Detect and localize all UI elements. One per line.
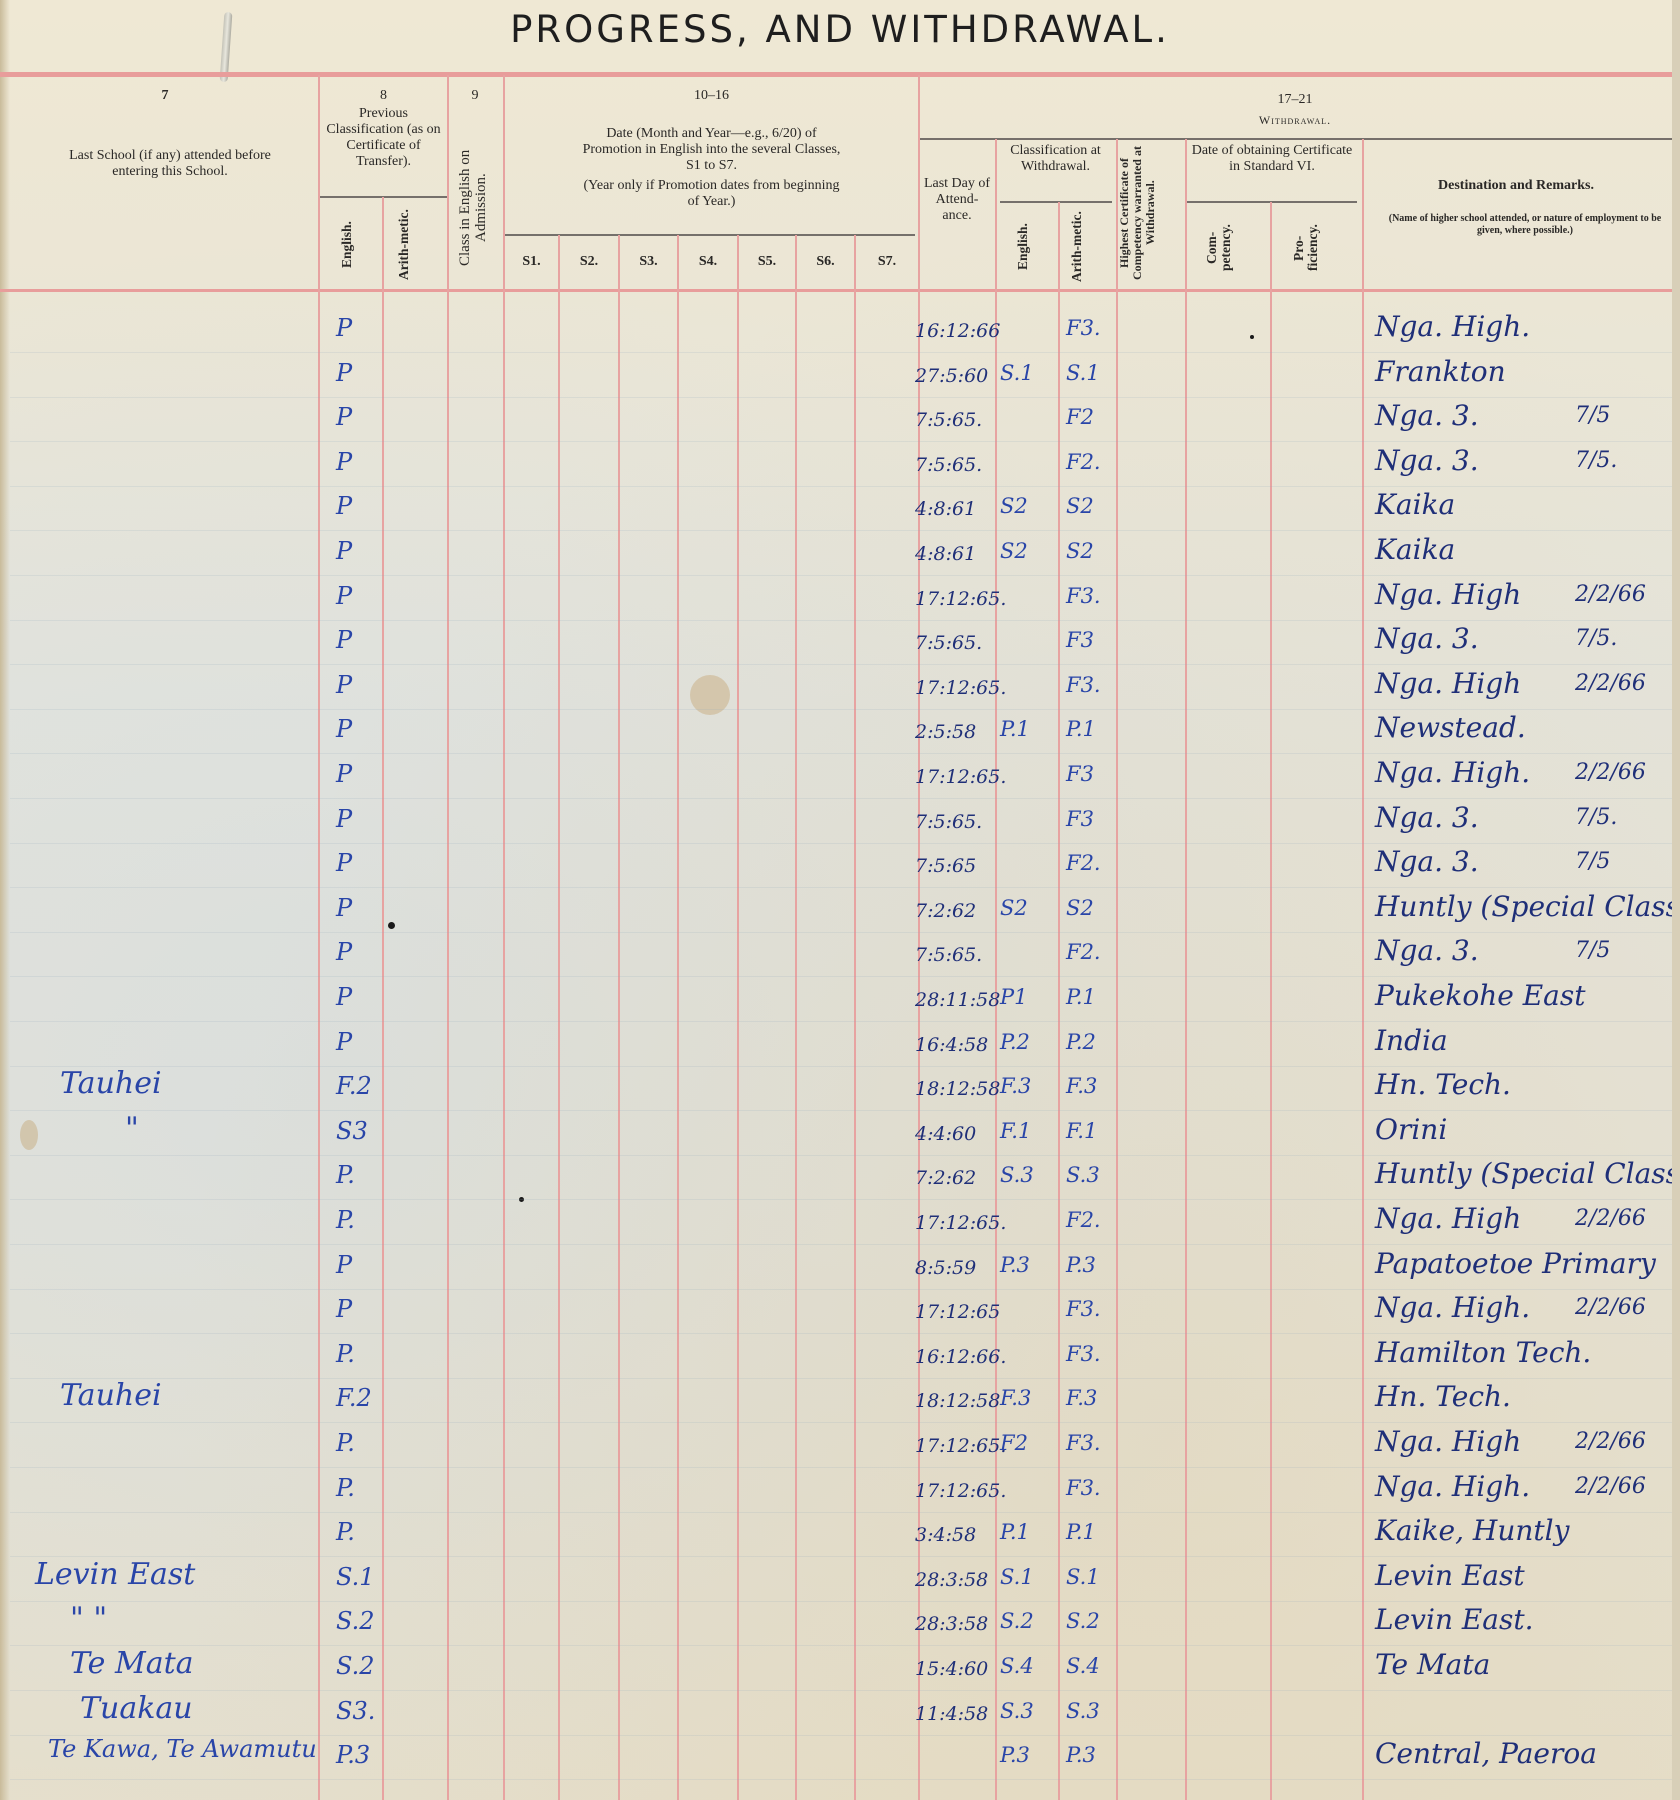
wd-arith-label: Arith-metic. xyxy=(1070,210,1104,284)
prev-english-cell: P xyxy=(336,983,352,1011)
wd-arith-cell: F3. xyxy=(1066,673,1101,697)
wd-english-cell: P.3 xyxy=(1000,1253,1030,1277)
row-guide xyxy=(10,1378,1672,1379)
last-day-cell: 18:12:58 xyxy=(915,1078,1005,1100)
row-guide xyxy=(10,798,1672,799)
row-guide xyxy=(10,1779,1672,1780)
wd-arith-cell: P.1 xyxy=(1066,717,1096,741)
destination-date-note: 2/2/66 xyxy=(1575,582,1646,607)
wd-arith-cell: F3. xyxy=(1066,584,1101,608)
col8-arith-label: Arith-metic. xyxy=(397,206,431,284)
col10-16-number: 10–16 xyxy=(505,88,918,104)
destination-date-note: 7/5. xyxy=(1575,626,1617,651)
row-guide xyxy=(10,352,1672,353)
prev-english-cell: P xyxy=(336,938,352,966)
prev-english-cell: P. xyxy=(336,1206,355,1234)
row-guide xyxy=(10,441,1672,442)
row-guide xyxy=(10,1556,1672,1557)
prev-english-cell: P xyxy=(336,671,352,699)
wd-arith-cell: S.3 xyxy=(1066,1699,1100,1723)
last-day-cell: 7:5:65. xyxy=(915,811,1005,833)
wd-arith-cell: F2 xyxy=(1066,405,1094,429)
wd-arith-cell: P.1 xyxy=(1066,985,1096,1009)
prev-english-cell: P xyxy=(336,849,352,877)
destination-cell: India xyxy=(1375,1024,1448,1057)
wd-arith-cell: F.1 xyxy=(1066,1119,1097,1143)
destination-cell: Nga. High xyxy=(1375,578,1521,611)
col-rule xyxy=(737,235,739,1800)
destination-cell: Nga. High xyxy=(1375,1202,1521,1235)
destination-cell: Huntly (Special Class) xyxy=(1375,1157,1680,1190)
prev-english-cell: S3. xyxy=(336,1697,375,1725)
col-rule xyxy=(1116,139,1118,1800)
destination-note: (Name of higher school attended, or natu… xyxy=(1385,213,1665,237)
wd-english-cell: S.1 xyxy=(1000,1565,1034,1589)
last-day-cell: 17:12:65. xyxy=(915,677,1005,699)
wd-arith-cell: F2. xyxy=(1066,940,1101,964)
destination-date-note: 2/2/66 xyxy=(1575,1295,1646,1320)
row-guide xyxy=(10,1645,1672,1646)
wd-arith-cell: F3 xyxy=(1066,628,1094,652)
row-guide xyxy=(10,1199,1672,1200)
page-right-edge xyxy=(1672,0,1680,1800)
wd-arith-cell: F3. xyxy=(1066,1476,1101,1500)
col-rule xyxy=(995,139,997,1800)
last-day-cell: 17:12:65. xyxy=(915,766,1005,788)
row-guide xyxy=(10,932,1672,933)
wd-english-cell: S2 xyxy=(1000,494,1028,518)
last-day-cell: 3:4:58 xyxy=(915,1524,1005,1546)
wd-arith-cell: F3. xyxy=(1066,1297,1101,1321)
register-page: PROGRESS, AND WITHDRAWAL. 7 Last School … xyxy=(0,0,1672,1800)
prev-english-cell: S3 xyxy=(336,1117,368,1145)
row-guide xyxy=(10,1289,1672,1290)
prev-english-cell: F.2 xyxy=(336,1072,372,1100)
destination-date-note: 2/2/66 xyxy=(1575,760,1646,785)
last-day-cell: 28:3:58 xyxy=(915,1613,1005,1635)
destination-date-note: 7/5. xyxy=(1575,448,1617,473)
row-guide xyxy=(10,1110,1672,1111)
col7-number: 7 xyxy=(150,88,180,104)
prev-english-cell: P xyxy=(336,492,352,520)
wd-arith-cell: F2. xyxy=(1066,851,1101,875)
prev-english-cell: P. xyxy=(336,1161,355,1189)
destination-cell: Nga. 3. xyxy=(1375,622,1479,655)
row-guide xyxy=(10,1021,1672,1022)
class-s4-label: S4. xyxy=(679,254,737,270)
destination-label: Destination and Remarks. xyxy=(1366,178,1666,194)
wd-english-cell: F2 xyxy=(1000,1431,1028,1455)
promotion-label-line4: (Year only if Promotion dates from begin… xyxy=(505,178,918,194)
row-guide xyxy=(10,1512,1672,1513)
col-rule xyxy=(503,75,505,1800)
wd-arith-cell: P.3 xyxy=(1066,1743,1096,1767)
wd-arith-cell: P.3 xyxy=(1066,1253,1096,1277)
last-day-cell: 27:5:60 xyxy=(915,365,1005,387)
wd-arith-cell: S.2 xyxy=(1066,1609,1100,1633)
prev-english-cell: P xyxy=(336,403,352,431)
last-school-cell: Te Mata xyxy=(70,1646,194,1681)
destination-date-note: 2/2/66 xyxy=(1575,671,1646,696)
col17-21-number: 17–21 xyxy=(1230,92,1360,108)
last-day-cell: 17:12:65. xyxy=(915,1435,1005,1457)
destination-date-note: 2/2/66 xyxy=(1575,1474,1646,1499)
last-school-cell: Tuakau xyxy=(80,1691,193,1726)
prev-english-cell: P. xyxy=(336,1429,355,1457)
destination-cell: Te Mata xyxy=(1375,1648,1490,1681)
wd-arith-cell: P.1 xyxy=(1066,1520,1096,1544)
wd-arith-cell: S2 xyxy=(1066,896,1094,920)
col8-english-label: English. xyxy=(340,206,362,284)
col-rule xyxy=(558,235,560,1800)
last-school-cell: " xyxy=(125,1111,139,1146)
page-left-edge xyxy=(0,0,10,1800)
date-cert-label: Date of obtaining Certificate in Standar… xyxy=(1187,143,1357,175)
destination-cell: Nga. 3. xyxy=(1375,444,1479,477)
col-rule xyxy=(318,75,320,1800)
wd-arith-cell: F2. xyxy=(1066,1208,1101,1232)
prev-english-cell: P xyxy=(336,448,352,476)
certificate-subheader-rule xyxy=(1187,201,1357,203)
class-s7-label: S7. xyxy=(856,254,918,270)
wd-english-cell: F.1 xyxy=(1000,1119,1031,1143)
last-day-cell: 7:5:65. xyxy=(915,454,1005,476)
prev-english-cell: P. xyxy=(336,1474,355,1502)
col-rule xyxy=(854,235,856,1800)
last-day-cell: 7:2:62 xyxy=(915,1167,1005,1189)
last-day-cell: 16:12:66. xyxy=(915,1346,1005,1368)
last-day-cell: 17:12:65. xyxy=(915,588,1005,610)
last-day-cell: 7:5:65. xyxy=(915,944,1005,966)
wd-arith-cell: F.3 xyxy=(1066,1074,1097,1098)
prev-english-cell: P xyxy=(336,359,352,387)
last-day-cell: 18:12:58 xyxy=(915,1390,1005,1412)
destination-cell: Frankton xyxy=(1375,355,1506,388)
last-day-cell: 4:8:61 xyxy=(915,498,1005,520)
col-rule xyxy=(1362,139,1364,1800)
wd-arith-cell: F3 xyxy=(1066,807,1094,831)
page-title: PROGRESS, AND WITHDRAWAL. xyxy=(360,8,1320,51)
wd-arith-cell: F3. xyxy=(1066,316,1101,340)
last-day-cell: 11:4:58 xyxy=(915,1703,1005,1725)
class-s5-label: S5. xyxy=(739,254,795,270)
last-day-cell: 28:3:58 xyxy=(915,1569,1005,1591)
destination-cell: Newstead. xyxy=(1375,711,1526,744)
wd-english-label: English. xyxy=(1016,210,1038,284)
row-guide xyxy=(10,620,1672,621)
prev-english-cell: P xyxy=(336,1251,352,1279)
last-day-cell: 4:4:60 xyxy=(915,1123,1005,1145)
prev-english-cell: P xyxy=(336,314,352,342)
wd-arith-cell: S.1 xyxy=(1066,1565,1100,1589)
prev-english-cell: P xyxy=(336,582,352,610)
destination-cell: Central, Paeroa xyxy=(1375,1737,1597,1770)
wd-english-cell: P.2 xyxy=(1000,1030,1030,1054)
destination-cell: Hn. Tech. xyxy=(1375,1068,1511,1101)
wd-arith-cell: F3 xyxy=(1066,762,1094,786)
row-guide xyxy=(10,486,1672,487)
last-school-cell: " " xyxy=(70,1601,107,1636)
prev-english-cell: P xyxy=(336,894,352,922)
wd-english-cell: S.2 xyxy=(1000,1609,1034,1633)
header-top-rule xyxy=(0,72,1672,77)
row-guide xyxy=(10,1601,1672,1602)
destination-cell: Nga. High. xyxy=(1375,310,1530,343)
wd-arith-cell: F3. xyxy=(1066,1431,1101,1455)
promotion-label-line2: Promotion in English into the several Cl… xyxy=(505,142,918,158)
last-day-cell: 15:4:60 xyxy=(915,1658,1005,1680)
col9-number: 9 xyxy=(460,88,490,104)
destination-cell: Papatoetoe Primary xyxy=(1375,1247,1656,1280)
row-guide xyxy=(10,1690,1672,1691)
class-s6-label: S6. xyxy=(797,254,854,270)
col9-label: Class in English on Admission. xyxy=(457,130,495,285)
destination-cell: Nga. High xyxy=(1375,1425,1521,1458)
last-school-cell: Tauhei xyxy=(60,1066,162,1101)
destination-date-note: 7/5. xyxy=(1575,805,1617,830)
promotion-label-line3: S1 to S7. xyxy=(505,158,918,174)
prev-english-cell: P xyxy=(336,1295,352,1323)
ink-blot xyxy=(1250,335,1254,339)
prev-english-cell: P xyxy=(336,537,352,565)
class-s2-label: S2. xyxy=(560,254,618,270)
wd-english-cell: S2 xyxy=(1000,896,1028,920)
class-s1-label: S1. xyxy=(505,254,558,270)
proficiency-label: Pro-ficiency. xyxy=(1292,212,1332,284)
destination-cell: Pukekohe East xyxy=(1375,979,1586,1012)
col8-number: 8 xyxy=(320,88,447,104)
row-guide xyxy=(10,887,1672,888)
wd-english-cell: S.4 xyxy=(1000,1654,1034,1678)
withdrawal-subheader-rule xyxy=(920,138,1672,140)
prev-english-cell: S.1 xyxy=(336,1563,374,1591)
wd-english-cell: F.3 xyxy=(1000,1074,1031,1098)
last-day-cell: 17:12:65. xyxy=(915,1212,1005,1234)
wd-english-cell: P.1 xyxy=(1000,1520,1030,1544)
last-day-cell: 16:12:66 xyxy=(915,320,1005,342)
wd-arith-cell: F.3 xyxy=(1066,1386,1097,1410)
prev-english-cell: P xyxy=(336,626,352,654)
row-guide xyxy=(10,664,1672,665)
col-rule xyxy=(677,235,679,1800)
destination-cell: Hamilton Tech. xyxy=(1375,1336,1591,1369)
row-guide xyxy=(10,709,1672,710)
wd-english-cell: S2 xyxy=(1000,539,1028,563)
wd-arith-cell: F2. xyxy=(1066,450,1101,474)
prev-english-cell: S.2 xyxy=(336,1652,374,1680)
last-day-cell: 4:8:61 xyxy=(915,543,1005,565)
row-guide xyxy=(10,530,1672,531)
col-rule xyxy=(795,235,797,1800)
wd-arith-cell: S2 xyxy=(1066,539,1094,563)
destination-cell: Nga. 3. xyxy=(1375,845,1479,878)
last-day-cell: 17:12:65. xyxy=(915,1480,1005,1502)
destination-cell: Nga. 3. xyxy=(1375,399,1479,432)
competency-label: Com-petency. xyxy=(1205,212,1245,284)
last-school-cell: Levin East xyxy=(35,1557,195,1592)
destination-cell: Kaike, Huntly xyxy=(1375,1514,1569,1547)
wd-english-cell: S.3 xyxy=(1000,1163,1034,1187)
prev-english-cell: P. xyxy=(336,1518,355,1546)
wd-arith-cell: S2 xyxy=(1066,494,1094,518)
last-day-cell: 16:4:58 xyxy=(915,1034,1005,1056)
last-school-cell: Tauhei xyxy=(60,1378,162,1413)
row-guide xyxy=(10,1467,1672,1468)
row-guide xyxy=(10,753,1672,754)
destination-cell: Nga. High. xyxy=(1375,756,1530,789)
prev-english-cell: P.3 xyxy=(336,1741,370,1769)
destination-cell: Hn. Tech. xyxy=(1375,1380,1511,1413)
col-rule xyxy=(618,235,620,1800)
promotion-label-line1: Date (Month and Year—e.g., 6/20) of xyxy=(505,126,918,142)
destination-date-note: 2/2/66 xyxy=(1575,1429,1646,1454)
wd-english-cell: F.3 xyxy=(1000,1386,1031,1410)
destination-cell: Huntly (Special Class) xyxy=(1375,890,1680,923)
wd-arith-cell: S.3 xyxy=(1066,1163,1100,1187)
prev-english-cell: P xyxy=(336,760,352,788)
last-day-cell: 28:11:58 xyxy=(915,989,1005,1011)
destination-cell: Orini xyxy=(1375,1113,1447,1146)
paper-stain xyxy=(20,1120,38,1150)
row-guide xyxy=(10,1066,1672,1067)
row-guide xyxy=(10,976,1672,977)
last-school-cell: Te Kawa, Te Awamutu xyxy=(48,1735,317,1763)
row-guide xyxy=(10,575,1672,576)
last-day-cell: 2:5:58 xyxy=(915,721,1005,743)
last-day-cell: 7:5:65 xyxy=(915,855,1005,877)
wd-english-cell: P.1 xyxy=(1000,717,1030,741)
destination-cell: Levin East xyxy=(1375,1559,1525,1592)
col-rule xyxy=(447,75,449,1800)
last-day-cell: 7:2:62 xyxy=(915,900,1005,922)
row-guide xyxy=(10,1244,1672,1245)
highest-cert-label: Highest Certificate of Competency warran… xyxy=(1118,142,1182,284)
last-day-cell: 7:5:65. xyxy=(915,632,1005,654)
destination-cell: Nga. High xyxy=(1375,667,1521,700)
destination-cell: Nga. High. xyxy=(1375,1291,1530,1324)
destination-cell: Levin East. xyxy=(1375,1603,1534,1636)
row-guide xyxy=(10,1422,1672,1423)
row-guide xyxy=(10,397,1672,398)
wd-english-cell: P.3 xyxy=(1000,1743,1030,1767)
destination-date-note: 2/2/66 xyxy=(1575,1206,1646,1231)
row-guide xyxy=(10,1155,1672,1156)
wd-english-cell: S.3 xyxy=(1000,1699,1034,1723)
wd-english-cell: S.1 xyxy=(1000,361,1034,385)
prev-english-cell: S.2 xyxy=(336,1607,374,1635)
prev-english-cell: F.2 xyxy=(336,1384,372,1412)
last-day-cell: 8:5:59 xyxy=(915,1257,1005,1279)
col-rule xyxy=(1185,139,1187,1800)
destination-cell: Nga. 3. xyxy=(1375,934,1479,967)
header-bottom-rule xyxy=(0,289,1672,292)
wd-arith-cell: P.2 xyxy=(1066,1030,1096,1054)
prev-english-cell: P. xyxy=(336,1340,355,1368)
row-guide xyxy=(10,1333,1672,1334)
destination-date-note: 7/5 xyxy=(1575,938,1610,963)
destination-cell: Kaika xyxy=(1375,533,1455,566)
last-day-label: Last Day of Attend-ance. xyxy=(922,176,992,224)
col7-label: Last School (if any) attended before ent… xyxy=(60,148,280,180)
wd-arith-cell: S.1 xyxy=(1066,361,1100,385)
classification-label: Classification at Withdrawal. xyxy=(997,143,1114,175)
destination-date-note: 7/5 xyxy=(1575,403,1610,428)
last-day-cell: 7:5:65. xyxy=(915,409,1005,431)
prev-english-cell: P xyxy=(336,715,352,743)
col-rule xyxy=(382,197,384,1800)
wd-english-cell: P1 xyxy=(1000,985,1028,1009)
class-s3-label: S3. xyxy=(620,254,677,270)
wd-arith-cell: S.4 xyxy=(1066,1654,1100,1678)
wd-arith-cell: F3. xyxy=(1066,1342,1101,1366)
row-guide xyxy=(10,843,1672,844)
destination-cell: Nga. High. xyxy=(1375,1470,1530,1503)
prev-english-cell: P xyxy=(336,805,352,833)
col8-label: Previous Classification (as on Certifica… xyxy=(322,106,445,170)
classification-subheader-rule xyxy=(1000,201,1112,203)
prev-english-cell: P xyxy=(336,1028,352,1056)
withdrawal-label: Withdrawal. xyxy=(1230,112,1360,128)
destination-date-note: 7/5 xyxy=(1575,849,1610,874)
ink-blot xyxy=(388,922,395,929)
promotion-label-line5: of Year.) xyxy=(505,194,918,210)
destination-cell: Kaika xyxy=(1375,488,1455,521)
last-day-cell: 17:12:65 xyxy=(915,1301,1005,1323)
destination-cell: Nga. 3. xyxy=(1375,801,1479,834)
